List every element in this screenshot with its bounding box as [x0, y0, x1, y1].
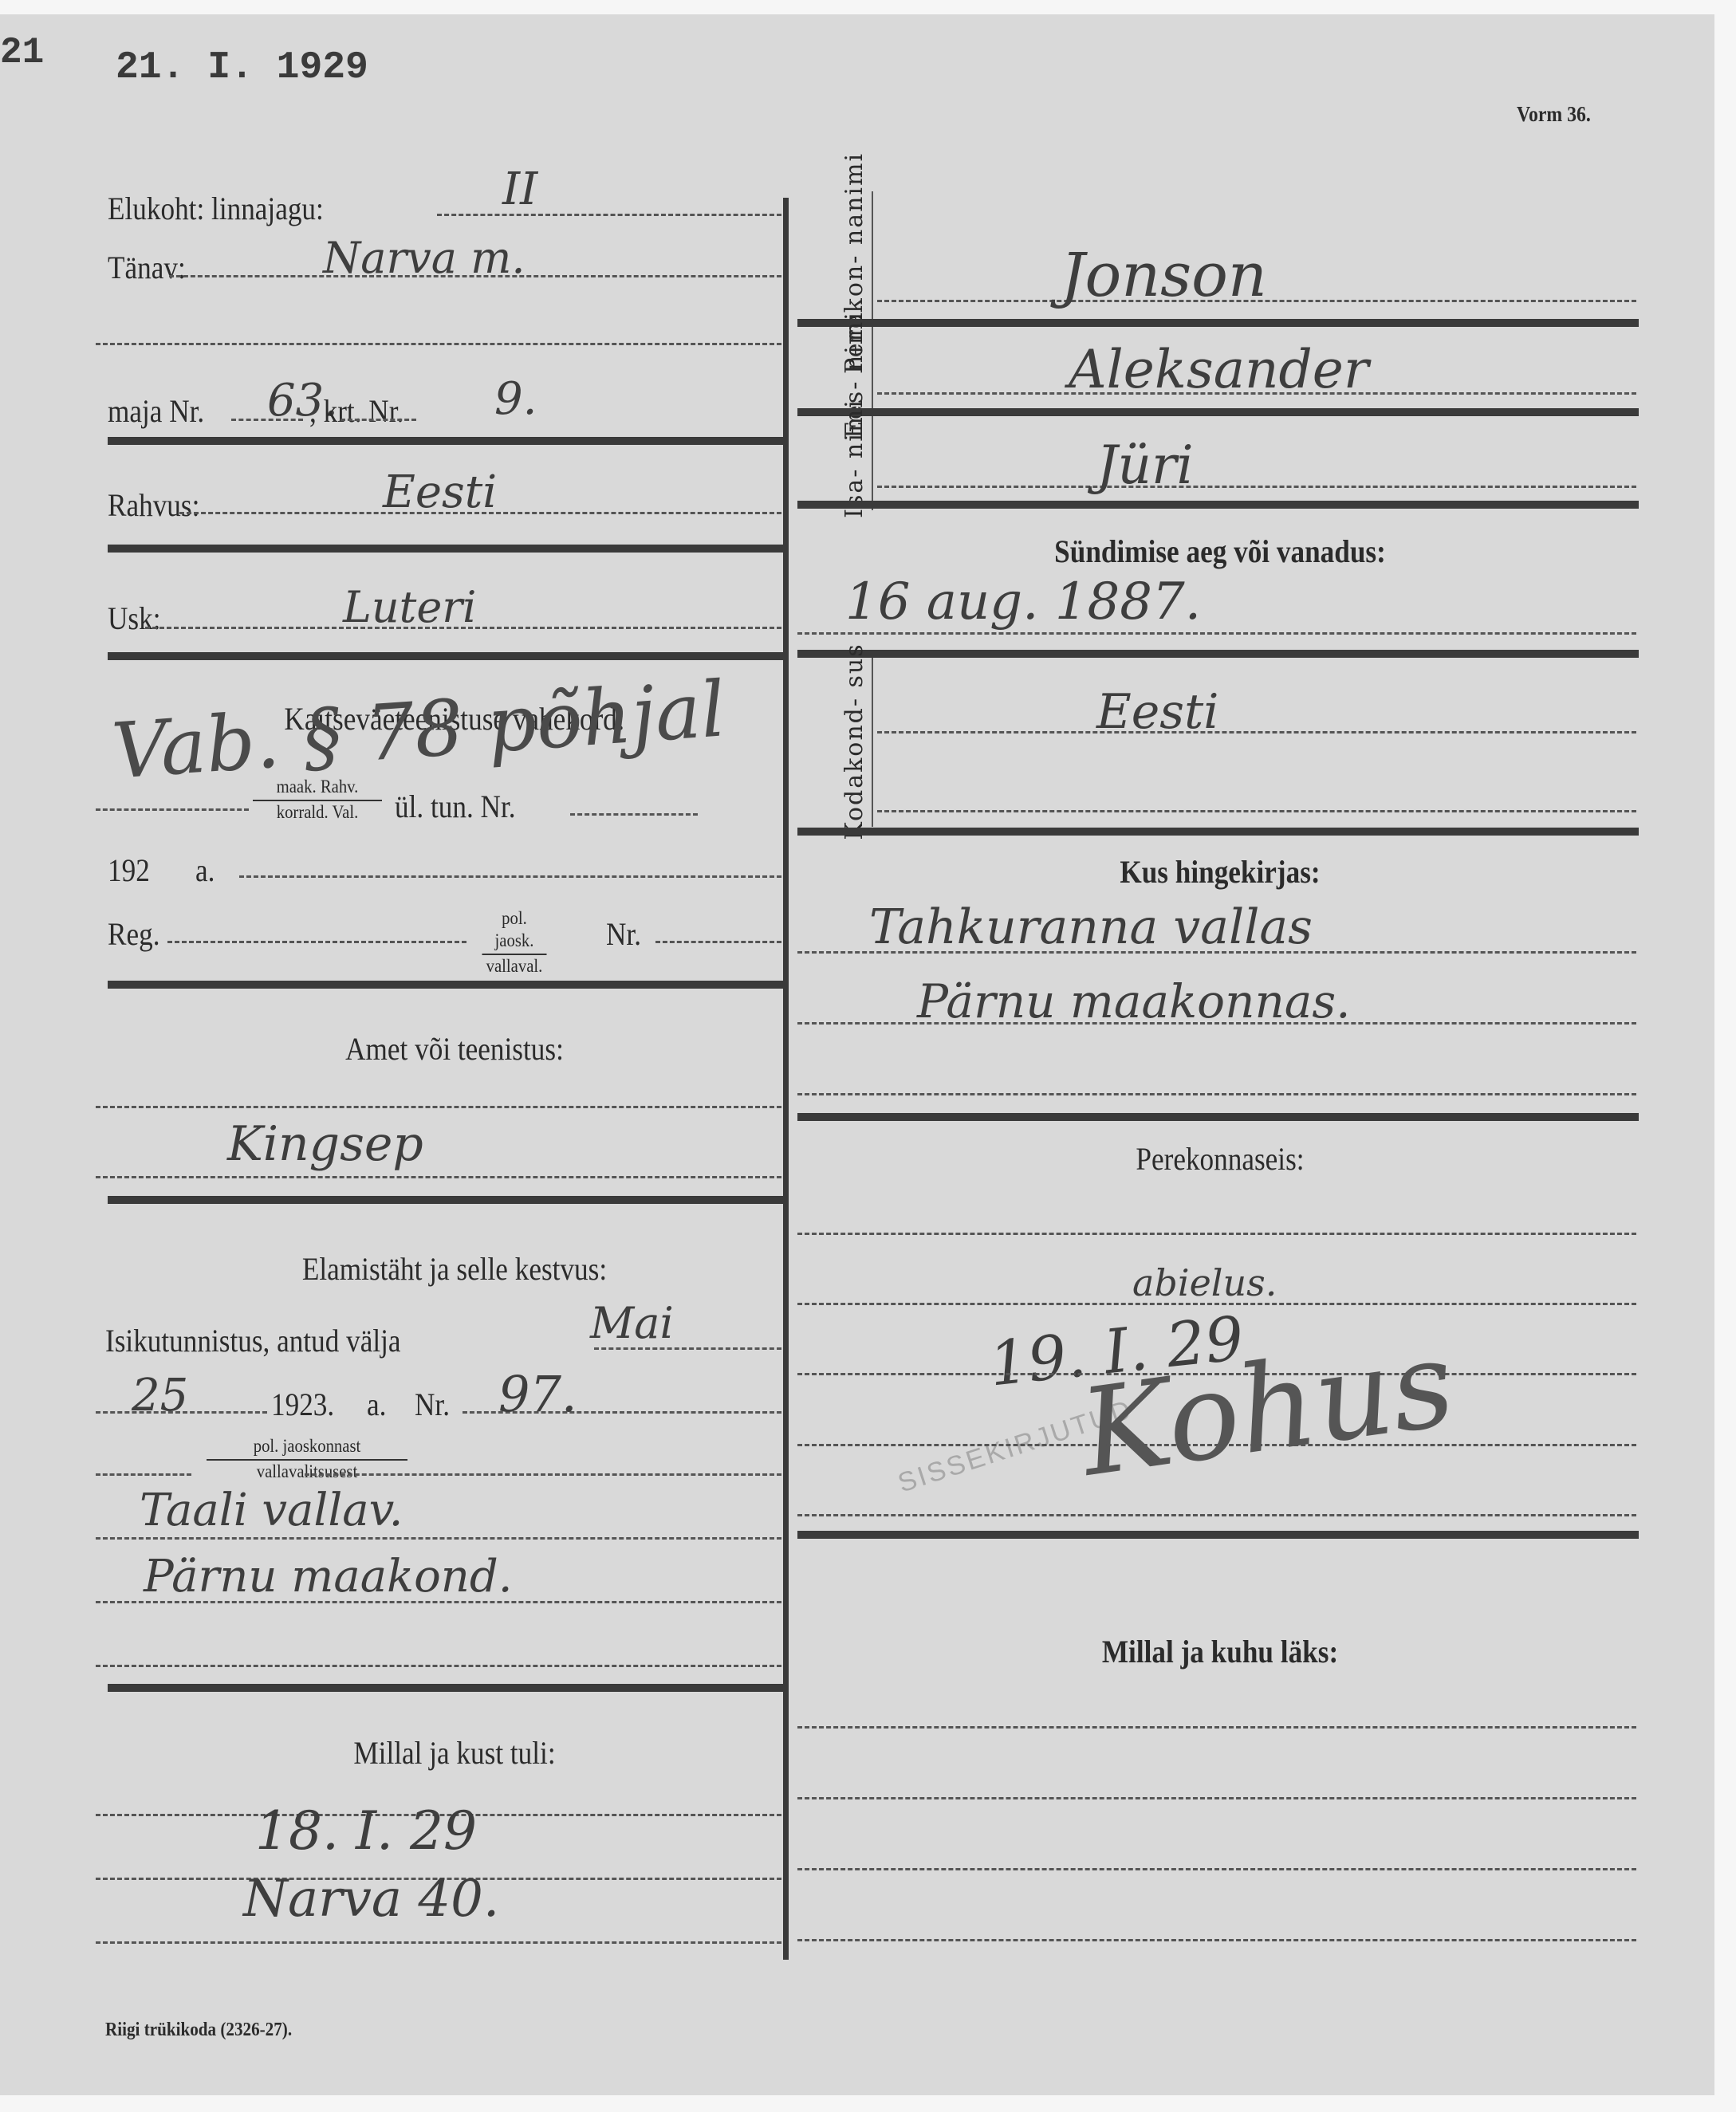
- frac-bottom: vallaval.: [482, 955, 547, 977]
- usk-value[interactable]: Luteri: [343, 582, 476, 632]
- eesnimi-value[interactable]: Aleksander: [1069, 339, 1368, 400]
- reg-line: [167, 941, 466, 943]
- hingekiri-line1[interactable]: Tahkuranna vallas: [869, 899, 1313, 955]
- maja-label: maja Nr.: [108, 392, 204, 430]
- perekonnaseis-line-1: [797, 1233, 1636, 1235]
- isikutunnistus-label: Isikutunnistus, antud välja: [105, 1322, 401, 1359]
- elukoht-label: Elukoht: linnajagu:: [108, 190, 324, 227]
- address-extra-line: [96, 343, 781, 345]
- year-label: 192: [108, 851, 150, 889]
- issuer-line-4: [96, 1665, 781, 1667]
- form-number: Vorm 36.: [1517, 102, 1591, 127]
- issuer-line-3: [96, 1601, 781, 1603]
- laks-label: Millal ja kuhu läks:: [919, 1633, 1522, 1670]
- laks-line-2: [797, 1797, 1636, 1799]
- isanimi-line: [877, 486, 1636, 488]
- elukoht-line: [437, 214, 781, 216]
- perekonnaseis-line-5: [797, 1514, 1636, 1516]
- isik-day-value[interactable]: 25: [132, 1370, 188, 1422]
- hingekiri-line-2: [797, 1022, 1636, 1025]
- ul-tun-label: ül. tun. Nr.: [395, 788, 516, 825]
- synd-line: [797, 632, 1636, 635]
- amet-line-2: [96, 1176, 781, 1178]
- tuli-label: Millal ja kust tuli:: [188, 1734, 722, 1772]
- isanimi-label: Isa- nimi: [841, 371, 905, 546]
- section-divider: [108, 652, 784, 660]
- maak-fraction: maak. Rahv. korrald. Val.: [253, 776, 382, 824]
- section-divider: [797, 408, 1639, 416]
- section-divider: [797, 650, 1639, 658]
- section-divider: [108, 1684, 784, 1692]
- tuli-line1[interactable]: 18. I. 29: [255, 1800, 477, 1862]
- pol-jaosk-fraction: pol. jaosk. vallaval.: [482, 907, 547, 977]
- year-line: [239, 875, 781, 878]
- krt-line: [341, 419, 416, 421]
- section-divider: [108, 545, 784, 553]
- reg-nr-label: Nr.: [606, 915, 641, 953]
- frac-top: pol. jaoskonnast: [207, 1435, 407, 1461]
- kodakondsus-line-2: [877, 810, 1636, 812]
- krt-label: , krt. Nr.: [309, 392, 403, 430]
- frac-bottom: korrald. Val.: [253, 801, 382, 824]
- amet-label: Amet või teenistus:: [188, 1030, 722, 1068]
- section-divider: [108, 437, 784, 445]
- isik-year: 1923.: [271, 1386, 334, 1423]
- hingekiri-line-3: [797, 1093, 1636, 1095]
- section-divider: [797, 1113, 1639, 1121]
- hingekiri-label: Kus hingekirjas:: [919, 853, 1522, 891]
- laks-line-3: [797, 1868, 1636, 1870]
- issuer-line1[interactable]: Taali vallav.: [140, 1485, 403, 1536]
- date-stamp: 21. I. 1929: [116, 46, 368, 89]
- perekonnaseis-line-3: [797, 1373, 1636, 1375]
- elamistaht-label: Elamistäht ja selle kestvus:: [188, 1250, 722, 1288]
- isanimi-value[interactable]: Jüri: [1096, 435, 1194, 496]
- isik-month-value[interactable]: Mai: [590, 1298, 674, 1348]
- section-divider: [797, 501, 1639, 509]
- tanav-value[interactable]: Narva m.: [323, 233, 526, 283]
- synd-label: Sündimise aeg või vanadus:: [919, 533, 1522, 570]
- rahvus-value[interactable]: Eesti: [383, 466, 497, 518]
- section-divider: [797, 319, 1639, 327]
- tanav-label: Tänav:: [108, 249, 186, 286]
- tuli-line2[interactable]: Narva 40.: [243, 1870, 499, 1929]
- reg-label: Reg.: [108, 915, 160, 953]
- section-divider: [108, 1196, 784, 1204]
- isik-nr-value[interactable]: 97.: [498, 1365, 577, 1423]
- reg-nr-line: [655, 941, 781, 943]
- issuer-line-right: [305, 1473, 781, 1476]
- pol-jaoskonnast-fraction: pol. jaoskonnast vallavalitsusest: [207, 1435, 407, 1483]
- tuli-line-3: [96, 1941, 781, 1944]
- frac-bottom: vallavalitsusest: [207, 1461, 407, 1483]
- kodakondsus-line-1: [877, 731, 1636, 733]
- elukoht-value[interactable]: II: [502, 163, 537, 215]
- isik-nr-label: Nr.: [415, 1386, 450, 1423]
- kaitsevae-line: [96, 808, 249, 811]
- krt-value[interactable]: 9.: [494, 373, 537, 425]
- amet-line-1: [96, 1106, 781, 1108]
- frac-top: pol. jaosk.: [482, 907, 547, 955]
- corner-number-stamp: 21: [0, 32, 44, 73]
- laks-line-4: [797, 1939, 1636, 1941]
- perekonnaseis-line-4: [797, 1444, 1636, 1446]
- isik-a: a.: [367, 1386, 386, 1423]
- hingekiri-line-1: [797, 951, 1636, 954]
- rahvus-label: Rahvus:: [108, 486, 199, 524]
- laks-line-1: [797, 1726, 1636, 1729]
- year-a-label: a.: [195, 851, 215, 889]
- usk-label: Usk:: [108, 600, 161, 637]
- hingekiri-line2[interactable]: Pärnu maakonnas.: [917, 974, 1351, 1028]
- perekonnanimi-value[interactable]: Jonson: [1061, 239, 1267, 310]
- ul-tun-line: [570, 813, 698, 816]
- issuer-line-2: [96, 1537, 781, 1540]
- issuer-line-left: [96, 1473, 191, 1476]
- perekonnaseis-value[interactable]: abielus.: [1132, 1261, 1277, 1304]
- printer-imprint: Riigi trükikoda (2326-27).: [105, 2020, 292, 2041]
- perekonnaseis-label: Perekonnaseis:: [919, 1140, 1522, 1178]
- amet-value[interactable]: Kingsep: [227, 1116, 423, 1172]
- frac-top: maak. Rahv.: [253, 776, 382, 801]
- section-divider: [797, 828, 1639, 836]
- section-divider: [108, 981, 784, 989]
- section-divider: [797, 1531, 1639, 1539]
- kodakondsus-label: Kodakond- sus: [841, 606, 905, 877]
- column-divider: [783, 198, 789, 1960]
- issuer-line2[interactable]: Pärnu maakond.: [144, 1551, 513, 1603]
